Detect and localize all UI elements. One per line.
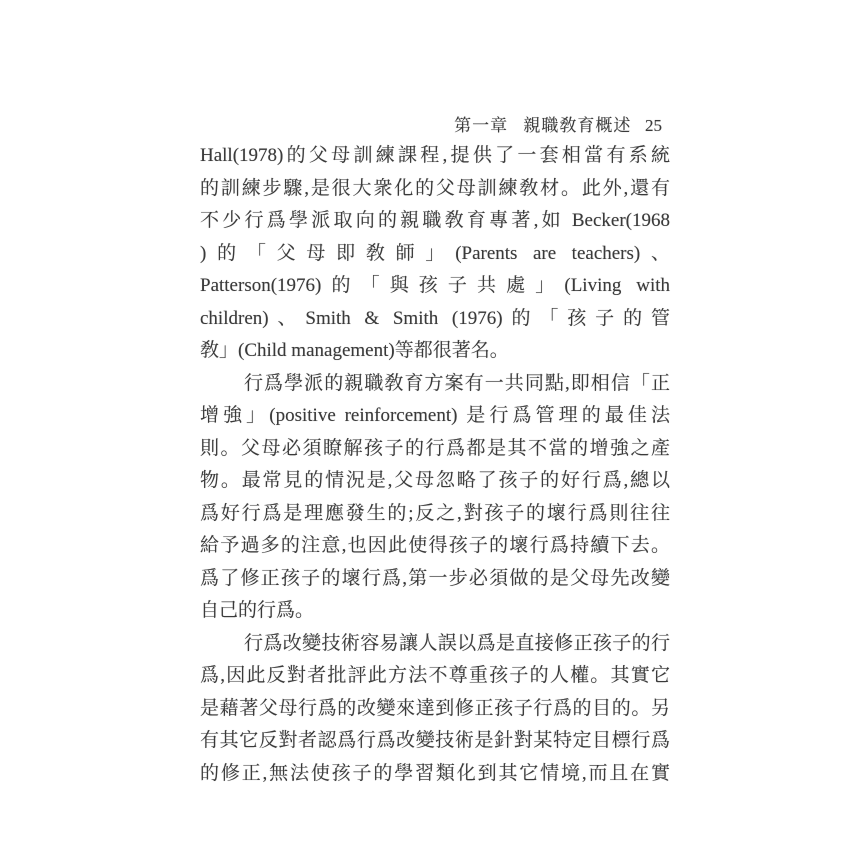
text-line-p2-2: 增強」(positive reinforcement) 是行爲管理的最佳法	[200, 400, 670, 433]
text-line-p3-3: 是藉著父母行爲的改變來達到修正孩子行爲的目的。另	[200, 693, 670, 726]
text-line-p2-6: 給予過多的注意,也因此使得孩子的壞行爲持續下去。	[200, 530, 670, 563]
page-number: 25	[645, 116, 662, 135]
text-line-p1-4: )的「父母即敎師」(Parents are teachers)、	[200, 238, 670, 271]
chapter-label: 第一章	[454, 116, 508, 135]
text-line-p3-1: 行爲改變技術容易讓人誤以爲是直接修正孩子的行	[200, 628, 670, 661]
text-line-p1-1: Hall(1978)的父母訓練課程,提供了一套相當有系統	[200, 140, 670, 173]
text-line-p2-3: 則。父母必須瞭解孩子的行爲都是其不當的增強之產	[200, 433, 670, 466]
body-text: Hall(1978)的父母訓練課程,提供了一套相當有系統的訓練步驟,是很大衆化的…	[200, 140, 670, 790]
text-line-p1-6: children)、Smith & Smith (1976)的「孩子的管	[200, 303, 670, 336]
text-line-p2-8: 自己的行爲。	[200, 595, 670, 628]
text-line-p1-7: 敎」(Child management)等都很著名。	[200, 335, 670, 368]
book-page: 第一章親職敎育概述25 Hall(1978)的父母訓練課程,提供了一套相當有系統…	[0, 0, 850, 850]
text-line-p3-5: 的修正,無法使孩子的學習類化到其它情境,而且在實	[200, 758, 670, 791]
text-line-p2-4: 物。最常見的情況是,父母忽略了孩子的好行爲,總以	[200, 465, 670, 498]
text-line-p1-2: 的訓練步驟,是很大衆化的父母訓練敎材。此外,還有	[200, 173, 670, 206]
text-line-p3-4: 有其它反對者認爲行爲改變技術是針對某特定目標行爲	[200, 725, 670, 758]
chapter-title: 親職敎育概述	[523, 116, 631, 135]
text-line-p1-3: 不少行爲學派取向的親職敎育專著,如 Becker(1968	[200, 205, 670, 238]
text-line-p2-7: 爲了修正孩子的壞行爲,第一步必須做的是父母先改變	[200, 563, 670, 596]
text-line-p3-2: 爲,因此反對者批評此方法不尊重孩子的人權。其實它	[200, 660, 670, 693]
text-line-p1-5: Patterson(1976)的「與孩子共處」(Living with	[200, 270, 670, 303]
text-line-p2-1: 行爲學派的親職敎育方案有一共同點,即相信「正	[200, 368, 670, 401]
text-line-p2-5: 爲好行爲是理應發生的;反之,對孩子的壞行爲則往往	[200, 498, 670, 531]
